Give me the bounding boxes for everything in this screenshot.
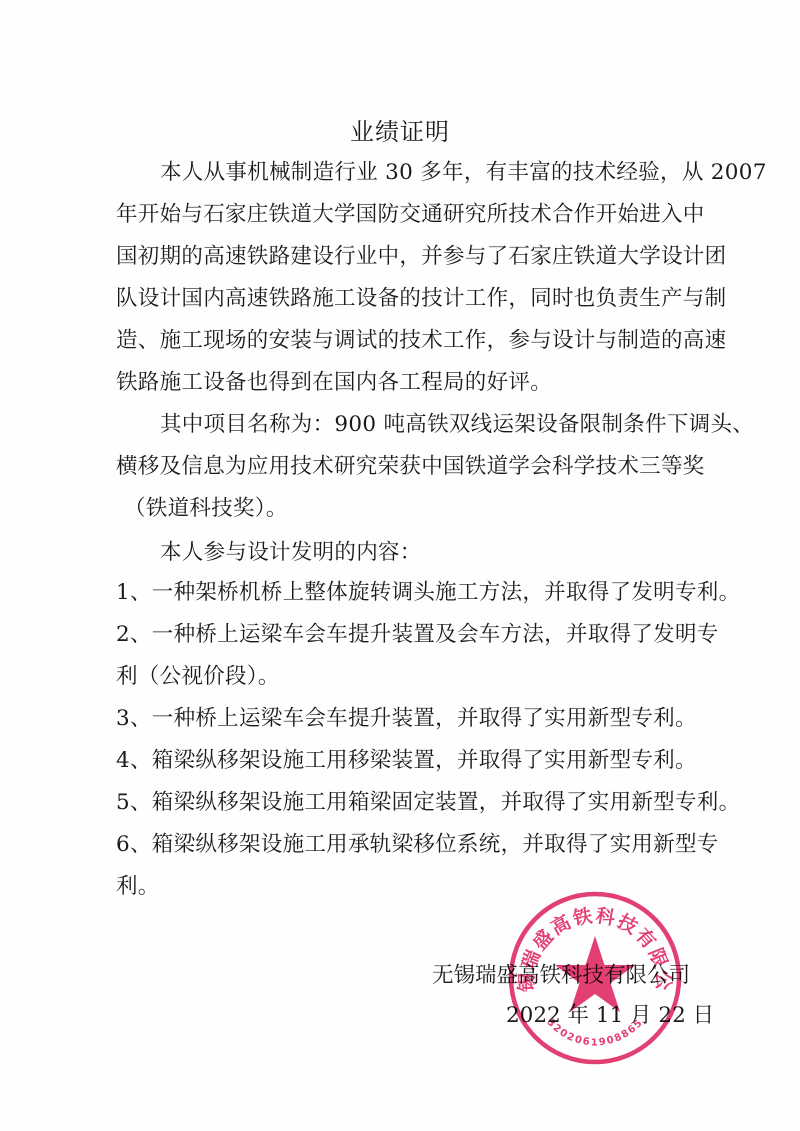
list-item-6-line-2: 利。 [116,876,160,898]
paragraph-2-line-3: （铁道科技奖）。 [124,498,288,520]
list-item-2-line-2: 利（公视价段）。 [116,666,280,688]
paragraph-2-line-1: 其中项目名称为：900 吨高铁双线运架设备限制条件下调头、 [160,414,754,436]
company-seal-stamp: 无锡瑞盛高铁科技有限公司 3202061908865 [505,888,685,1068]
document-title: 业绩证明 [0,112,800,147]
paragraph-2-line-2: 横移及信息为应用技术研究荣获中国铁道学会科学技术三等奖 [116,456,705,478]
list-item-1: 1、一种架桥机桥上整体旋转调头施工方法，并取得了发明专利。 [116,582,740,604]
list-item-3: 3、一种桥上运梁车会车提升装置，并取得了实用新型专利。 [116,708,697,730]
document-page: 业绩证明 本人从事机械制造行业 30 多年，有丰富的技术经验，从 2007 年开… [0,0,800,1131]
paragraph-1-line-3: 国初期的高速铁路建设行业中，并参与了石家庄铁道大学设计团 [116,246,726,268]
paragraph-1-line-1: 本人从事机械制造行业 30 多年，有丰富的技术经验，从 2007 [160,162,767,184]
list-item-6-line-1: 6、箱梁纵移架设施工用承轨梁移位系统，并取得了实用新型专 [116,834,719,856]
list-intro: 本人参与设计发明的内容： [160,542,422,564]
list-item-4: 4、箱梁纵移架设施工用移梁装置，并取得了实用新型专利。 [116,750,697,772]
svg-text:3202061908865: 3202061908865 [544,1017,645,1048]
seal-star-icon [555,936,635,1012]
paragraph-1-line-6: 铁路施工设备也得到在国内各工程局的好评。 [116,372,552,394]
paragraph-1-line-2: 年开始与石家庄铁道大学国防交通研究所技术合作开始进入中 [116,204,705,226]
list-item-2-line-1: 2、一种桥上运梁车会车提升装置及会车方法，并取得了发明专 [116,624,719,646]
paragraph-1-line-5: 造、施工现场的安装与调试的技术工作，参与设计与制造的高速 [116,330,726,352]
paragraph-1-line-4: 队设计国内高速铁路施工设备的技计工作，同时也负责生产与制 [116,288,726,310]
list-item-5: 5、箱梁纵移架设施工用箱梁固定装置，并取得了实用新型专利。 [116,792,740,814]
